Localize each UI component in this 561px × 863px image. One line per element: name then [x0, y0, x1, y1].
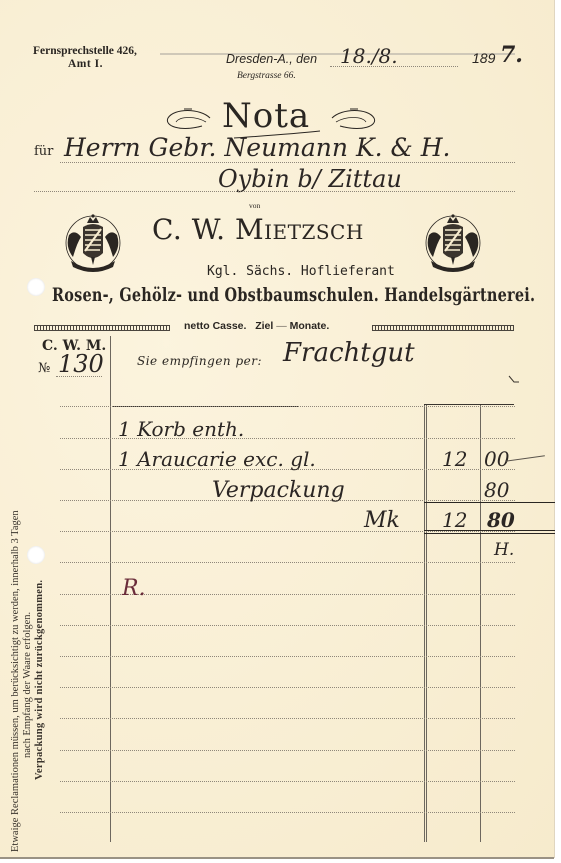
bottom-edge: [0, 857, 554, 859]
recipient-line-1: [60, 162, 515, 163]
punch-hole-top: [27, 278, 45, 296]
ruled-line: [60, 718, 515, 719]
line-item-2-pfennig: 00: [484, 447, 509, 471]
firm-initial-c: C.: [152, 213, 182, 246]
notice-line-1: Etwaige Reclamationen müssen, um berücks…: [10, 400, 22, 860]
firm-initial-m: M: [235, 213, 264, 246]
subtotal-rule: [424, 502, 555, 503]
total-double-rule-2: [424, 533, 555, 534]
coat-of-arms-right-icon: [423, 213, 483, 277]
ruled-line: [60, 406, 515, 407]
notice-line-2: nach Empfang der Waare erfolgen.: [22, 400, 34, 860]
total-double-rule-1: [424, 530, 555, 531]
item-2-strike: [505, 455, 545, 462]
firm-initial-w: W.: [192, 213, 226, 246]
city-label: Dresden-A., den: [226, 52, 317, 66]
pencil-tick-icon: [508, 374, 520, 384]
coat-of-arms-left-icon: [63, 213, 123, 277]
decorative-band-left: [34, 325, 170, 331]
ruled-line: [60, 656, 515, 657]
invoice-paper: Fernsprechstelle 426, Amt I. Dresden-A.,…: [0, 0, 555, 858]
terms-monate: Monate.: [290, 320, 330, 332]
left-margin-rule: [110, 336, 111, 842]
recipient-line-2: [34, 191, 515, 192]
street-address: Bergstrasse 66.: [237, 71, 296, 81]
telephone-exchange: Amt I.: [68, 58, 103, 70]
year-suffix: 7.: [500, 42, 523, 68]
ruled-line: [60, 562, 515, 563]
total-pfennig: 80: [487, 508, 515, 532]
phone-number: Fernsprechstelle 426,: [33, 45, 137, 57]
terms-netto: netto Casse.: [184, 320, 246, 332]
recipient-prefix: für: [34, 144, 53, 159]
firm-name: C. W. MIETZSCH: [152, 213, 364, 246]
ruled-line: [60, 781, 515, 782]
table-header-rule-right: [424, 404, 514, 405]
business-trades: Rosen-, Gehölz- und Obstbaumschulen. Han…: [52, 285, 535, 306]
line-item-1-description: 1 Korb enth.: [118, 417, 244, 441]
notice-line-3: Verpackung wird nicht zurückgenommen.: [34, 400, 46, 860]
number-label: №: [38, 361, 50, 376]
terms-ziel-value: —: [276, 320, 287, 332]
line-item-2-description: 1 Araucarie exc. gl.: [118, 447, 316, 471]
ruled-line: [60, 750, 515, 751]
flourish-left-icon: [160, 104, 214, 136]
clerk-initials: R.: [122, 576, 146, 601]
purveyor-title: Kgl. Sächs. Hoflieferant: [207, 264, 395, 279]
von-label: von: [249, 201, 260, 210]
complaint-notice: Etwaige Reclamationen müssen, um berücks…: [10, 400, 46, 860]
shipping-method: Frachtgut: [283, 338, 415, 368]
firm-name-rest: IETZSCH: [264, 220, 364, 244]
number-line: [56, 376, 102, 377]
invoice-number: 130: [58, 350, 104, 378]
ruled-line: [60, 687, 515, 688]
payment-terms: netto Casse. Ziel — Monate.: [184, 320, 329, 332]
total-marks: 12: [442, 508, 467, 532]
recipient-name: Herrn Gebr. Neumann K. & H.: [64, 133, 450, 162]
shipping-label: Sie empfingen per:: [137, 354, 262, 368]
total-trailing-mark: H.: [494, 540, 514, 560]
line-item-2-marks: 12: [442, 447, 467, 471]
invoice-date: 18./8.: [340, 44, 398, 68]
terms-ziel: Ziel: [255, 320, 273, 332]
line-item-3-description: Verpackung: [212, 478, 345, 503]
ruled-line: [60, 812, 515, 813]
total-currency-label: Mk: [364, 508, 400, 533]
line-item-3-pfennig: 80: [484, 478, 509, 502]
ruled-line: [60, 625, 515, 626]
decorative-band-right: [372, 325, 514, 331]
flourish-right-icon: [328, 104, 382, 136]
recipient-place: Oybin b/ Zittau: [218, 165, 402, 193]
year-prefix: 189: [472, 50, 495, 66]
header-rule: [160, 53, 515, 55]
